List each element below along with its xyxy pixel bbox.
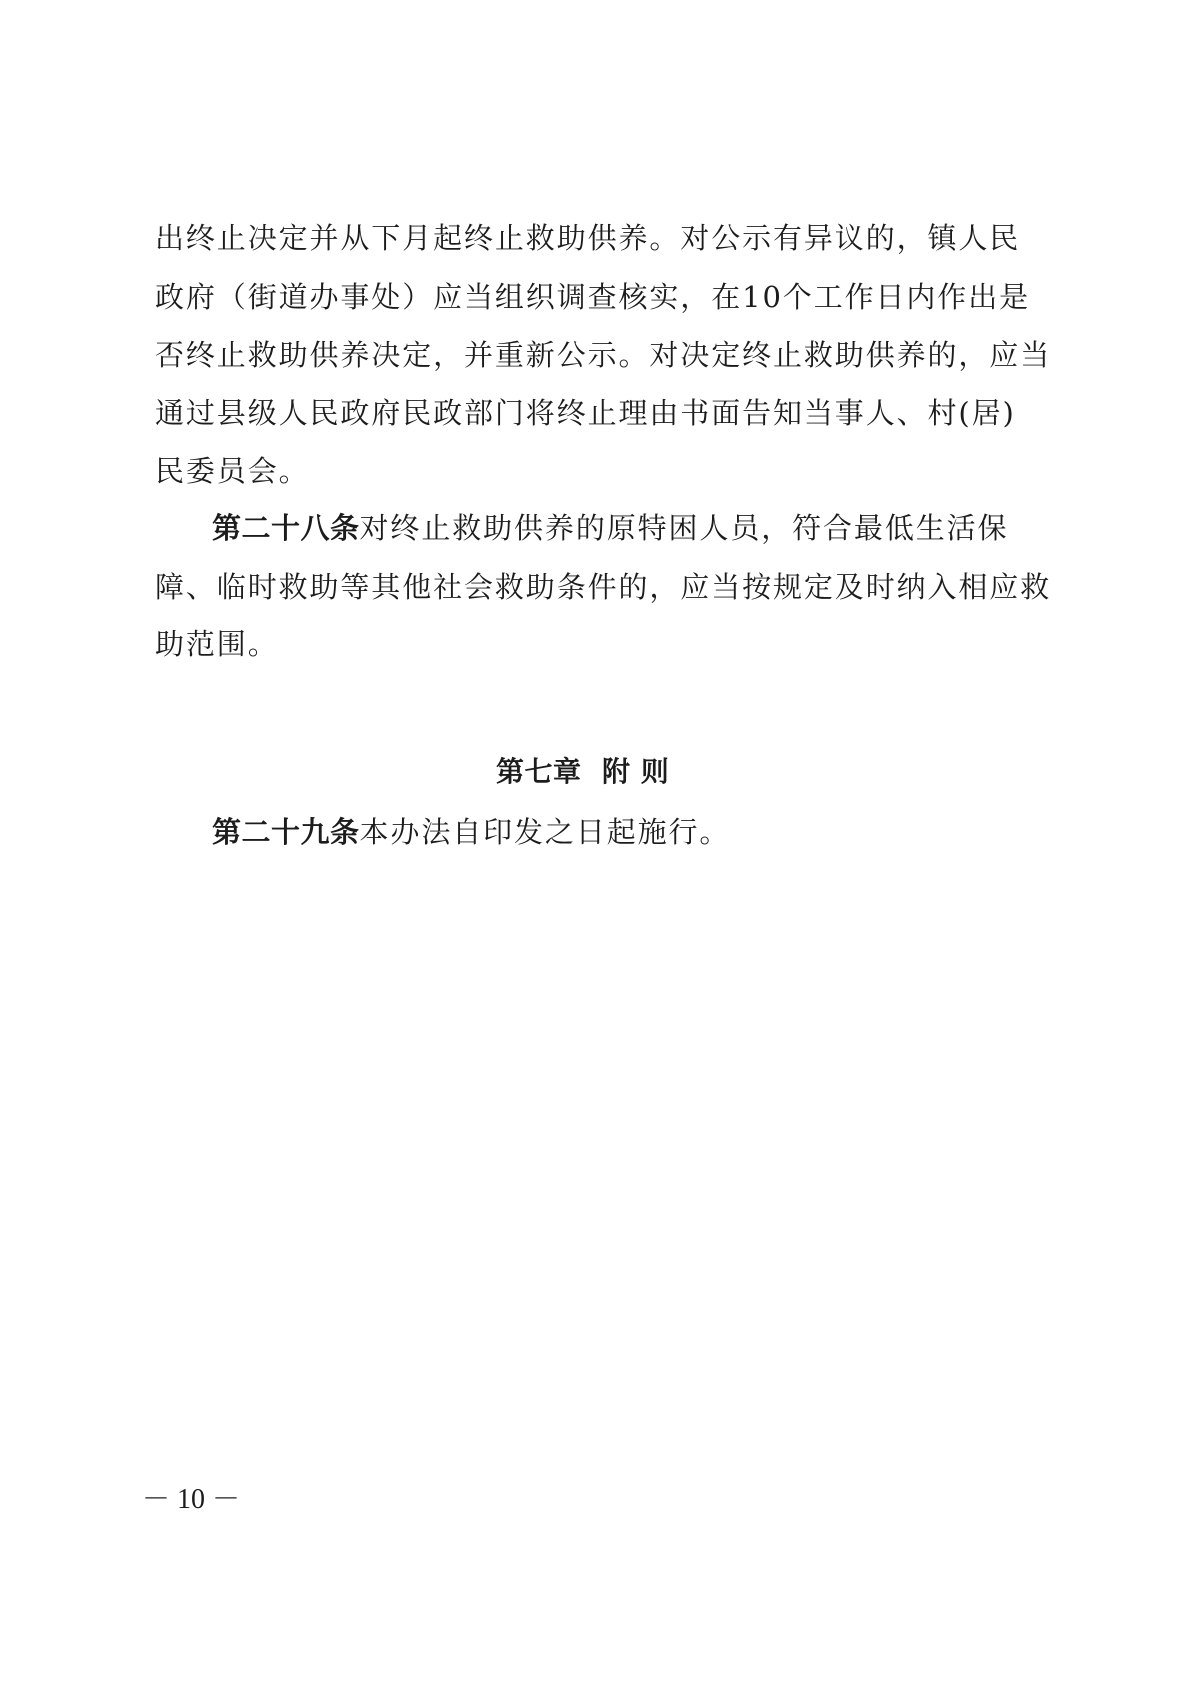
paragraph-line: 障、临时救助等其他社会救助条件的，应当按规定及时纳入相应救 (155, 567, 1035, 607)
article-29: 第二十九条本办法自印发之日起施行。 (212, 812, 1092, 852)
article-28-text: 对终止救助供养的原特困人员，符合最低生活保 (360, 511, 1009, 545)
paragraph-line: 政府（街道办事处）应当组织调查核实，在10个工作日内作出是 (155, 277, 1035, 317)
paragraph-line: 助范围。 (155, 624, 1035, 664)
paragraph-line: 否终止救助供养决定，并重新公示。对决定终止救助供养的，应当 (155, 335, 1035, 375)
paragraph-line: 通过县级人民政府民政部门将终止理由书面告知当事人、村(居) (155, 393, 1035, 433)
chapter-heading: 第七章 附 则 (496, 752, 669, 792)
article-28: 第二十八条对终止救助供养的原特困人员，符合最低生活保 (212, 508, 1092, 548)
page-number: － 10 － (142, 1482, 240, 1518)
paragraph-line: 出终止决定并从下月起终止救助供养。对公示有异议的，镇人民 (155, 218, 1035, 258)
article-28-label: 第二十八条 (212, 511, 360, 545)
article-29-text: 本办法自印发之日起施行。 (360, 815, 731, 849)
document-page: 出终止决定并从下月起终止救助供养。对公示有异议的，镇人民 政府（街道办事处）应当… (0, 0, 1190, 1684)
article-29-label: 第二十九条 (212, 815, 360, 849)
paragraph-line: 民委员会。 (155, 451, 1035, 491)
